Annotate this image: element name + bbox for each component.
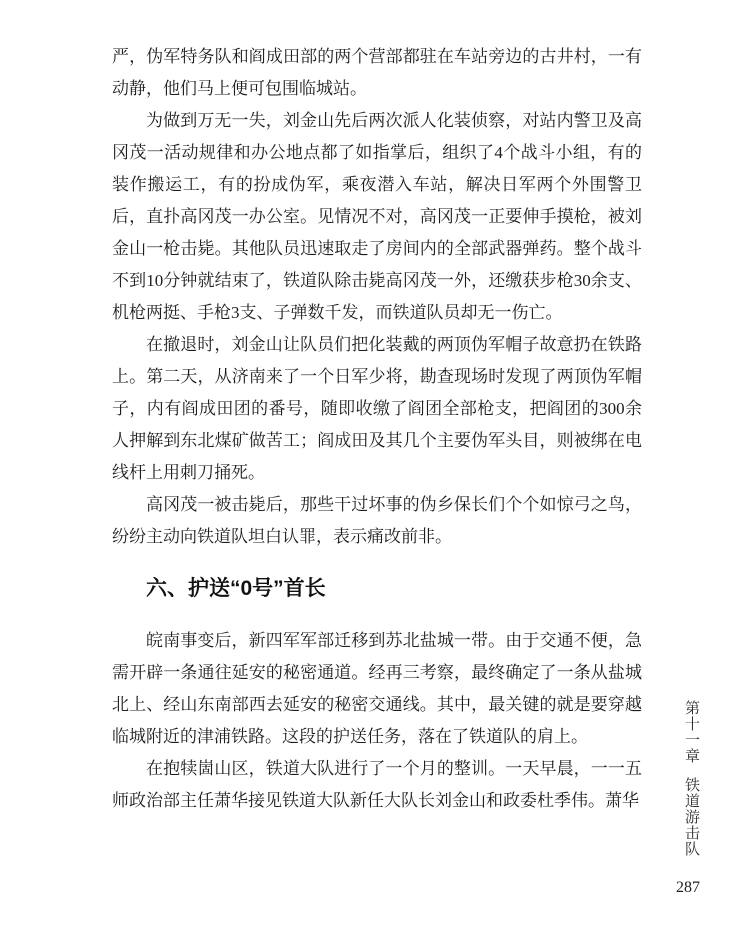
paragraph: 在撤退时，刘金山让队员们把化装戴的两顶伪军帽子故意扔在铁路上。第二天，从济南来了… <box>112 329 642 489</box>
chapter-title-label: 铁道游击队 <box>681 777 702 857</box>
paragraph: 严，伪军特务队和阎成田部的两个营部都驻在车站旁边的古井村，一有动静，他们马上便可… <box>112 41 642 105</box>
text-column: 严，伪军特务队和阎成田部的两个营部都驻在车站旁边的古井村，一有动静，他们马上便可… <box>112 41 642 817</box>
paragraph: 皖南事变后，新四军军部迁移到苏北盐城一带。由于交通不便，急需开辟一条通往延安的秘… <box>112 625 642 753</box>
paragraph: 高冈茂一被击毙后，那些干过坏事的伪乡保长们个个如惊弓之鸟，纷纷主动向铁道队坦白认… <box>112 489 642 553</box>
section-heading: 六、护送“0号”首长 <box>146 573 642 605</box>
chapter-number-label: 第十一章 <box>681 700 702 764</box>
paragraph: 在抱犊崮山区，铁道大队进行了一个月的整训。一天早晨，一一五师政治部主任萧华接见铁… <box>112 753 642 817</box>
paragraph: 为做到万无一失，刘金山先后两次派人化装侦察，对站内警卫及高冈茂一活动规律和办公地… <box>112 105 642 329</box>
page-number: 287 <box>676 878 700 898</box>
chapter-sidebar: 第十一章 铁道游击队 <box>681 700 702 857</box>
book-page: 严，伪军特务队和阎成田部的两个营部都驻在车站旁边的古井村，一有动静，他们马上便可… <box>0 0 748 952</box>
